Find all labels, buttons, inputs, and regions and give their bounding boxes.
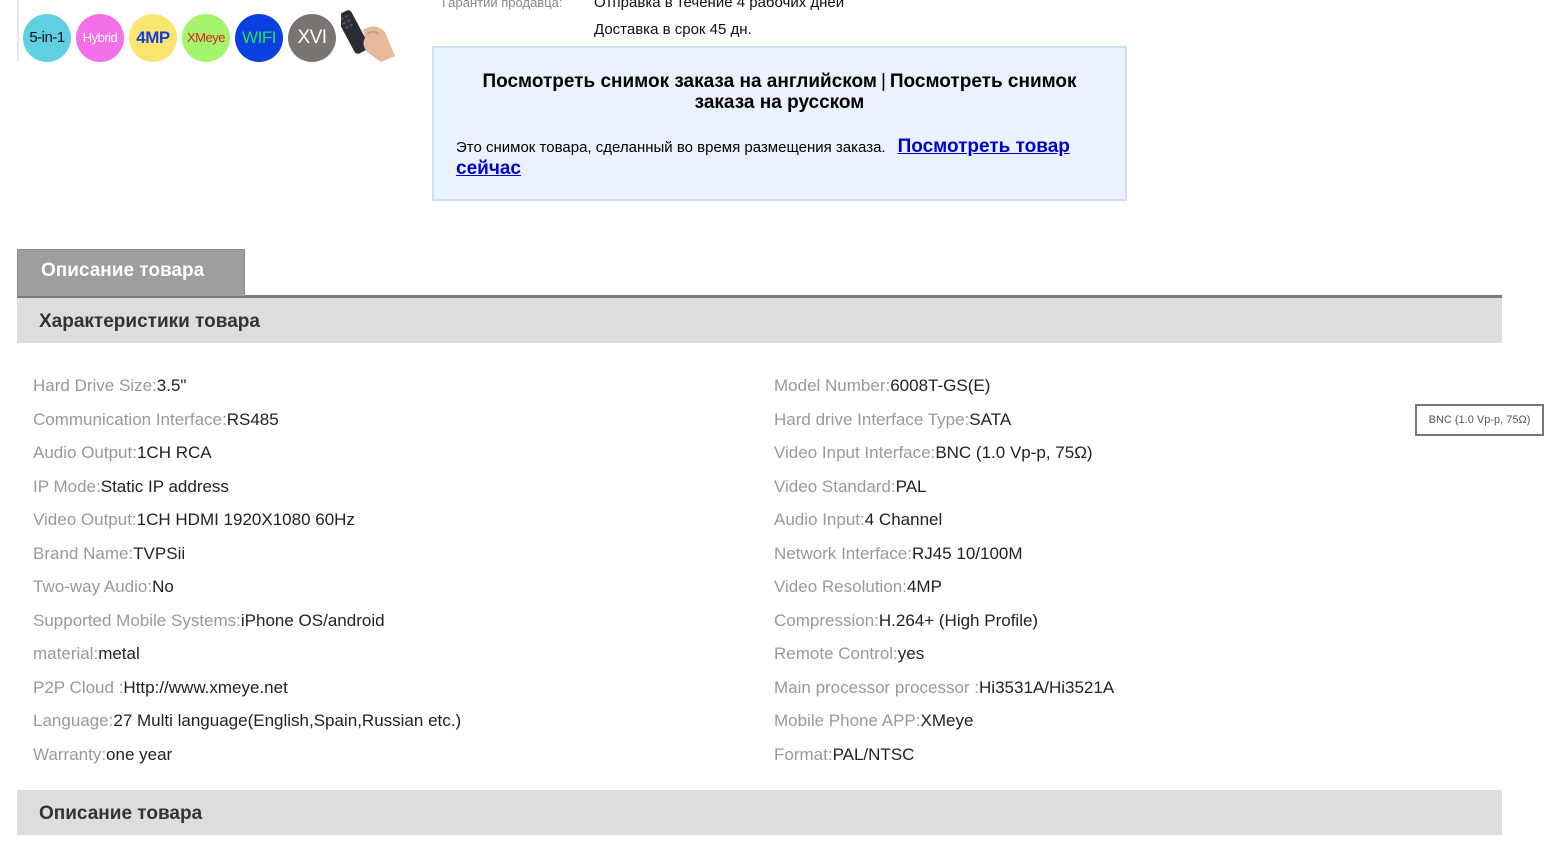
badge-xvi: XVI (288, 14, 336, 62)
spec-row: IP Mode:Static IP address (33, 475, 461, 509)
spec-label: Video Standard: (774, 477, 896, 496)
spec-label: Two-way Audio: (33, 577, 152, 596)
spec-value: H.264+ (High Profile) (879, 611, 1038, 630)
spec-value: 1CH HDMI 1920X1080 60Hz (137, 510, 355, 529)
spec-label: Video Resolution: (774, 577, 907, 596)
specs-right-column: Model Number:6008T-GS(E)Hard drive Inter… (774, 374, 1114, 776)
spec-row: Video Standard:PAL (774, 475, 1114, 509)
spec-row: Warranty:one year (33, 743, 461, 777)
snapshot-language-links: Посмотреть снимок заказа на английском|П… (464, 71, 1095, 113)
spec-label: Network Interface: (774, 544, 912, 563)
spec-value: PAL/NTSC (833, 745, 915, 764)
snapshot-note: Это снимок товара, сделанный во время ра… (456, 136, 1085, 180)
spec-label: Language: (33, 711, 113, 730)
spec-row: material:metal (33, 642, 461, 676)
spec-value: 1CH RCA (137, 443, 212, 462)
value-tooltip: BNC (1.0 Vp-p, 75Ω) (1415, 404, 1544, 436)
spec-row: P2P Cloud :Http://www.xmeye.net (33, 676, 461, 710)
spec-label: Communication Interface: (33, 410, 227, 429)
spec-value: TVPSii (133, 544, 185, 563)
specs-left-column: Hard Drive Size:3.5"Communication Interf… (33, 374, 461, 776)
spec-row: Format:PAL/NTSC (774, 743, 1114, 777)
spec-value: iPhone OS/android (241, 611, 385, 630)
spec-label: Hard drive Interface Type: (774, 410, 969, 429)
spec-label: Main processor processor : (774, 678, 979, 697)
spec-label: P2P Cloud : (33, 678, 123, 697)
spec-row: Compression:H.264+ (High Profile) (774, 609, 1114, 643)
spec-value: No (152, 577, 174, 596)
order-snapshot-box: Посмотреть снимок заказа на английском|П… (432, 46, 1127, 201)
spec-label: Warranty: (33, 745, 106, 764)
spec-value: 27 Multi language(English,Spain,Russian … (113, 711, 461, 730)
seller-guarantee-label: Гарантии продавца: (442, 0, 563, 10)
spec-value: 6008T-GS(E) (890, 376, 990, 395)
spec-value: XMeye (920, 711, 973, 730)
spec-label: IP Mode: (33, 477, 101, 496)
spec-row: Communication Interface:RS485 (33, 408, 461, 442)
spec-row: Brand Name:TVPSii (33, 542, 461, 576)
spec-value: SATA (969, 410, 1011, 429)
spec-row: Mobile Phone APP:XMeye (774, 709, 1114, 743)
spec-row: Video Input Interface:BNC (1.0 Vp-p, 75Ω… (774, 441, 1114, 475)
spec-value: 3.5" (157, 376, 187, 395)
spec-label: material: (33, 644, 98, 663)
spec-value: metal (98, 644, 140, 663)
spec-row: Network Interface:RJ45 10/100M (774, 542, 1114, 576)
spec-label: Video Input Interface: (774, 443, 935, 462)
spec-value: yes (898, 644, 924, 663)
spec-row: Main processor processor :Hi3531A/Hi3521… (774, 676, 1114, 710)
spec-label: Compression: (774, 611, 879, 630)
spec-value: Http://www.xmeye.net (123, 678, 287, 697)
shipping-time-text: Отправка в течение 4 рабочих дней (594, 0, 844, 11)
spec-value: 4MP (907, 577, 942, 596)
spec-row: Supported Mobile Systems:iPhone OS/andro… (33, 609, 461, 643)
spec-row: Video Output:1CH HDMI 1920X1080 60Hz (33, 508, 461, 542)
spec-label: Audio Output: (33, 443, 137, 462)
spec-label: Supported Mobile Systems: (33, 611, 241, 630)
spec-label: Mobile Phone APP: (774, 711, 920, 730)
spec-label: Video Output: (33, 510, 137, 529)
spec-value: Static IP address (101, 477, 229, 496)
snapshot-note-text: Это снимок товара, сделанный во время ра… (456, 139, 886, 156)
spec-row: Audio Input:4 Channel (774, 508, 1114, 542)
specs-section-header: Характеристики товара (17, 298, 1502, 343)
product-feature-badges-image: 5-in-1 Hybrid 4MP XMeye WIFI XVI (17, 0, 397, 61)
spec-value: RS485 (227, 410, 279, 429)
link-separator: | (877, 71, 890, 92)
badge-hybrid: Hybrid (76, 14, 124, 62)
spec-label: Model Number: (774, 376, 890, 395)
badge-xmeye: XMeye (182, 14, 230, 62)
spec-row: Model Number:6008T-GS(E) (774, 374, 1114, 408)
spec-row: Video Resolution:4MP (774, 575, 1114, 609)
badge-5-in-1: 5-in-1 (23, 14, 71, 62)
spec-value: BNC (1.0 Vp-p, 75Ω) (935, 443, 1092, 462)
badge-wifi: WIFI (235, 14, 283, 62)
spec-value: 4 Channel (865, 510, 943, 529)
description-tab-bar: Описание товара (17, 249, 1502, 298)
spec-value: one year (106, 745, 172, 764)
remote-control-icon (341, 4, 397, 62)
spec-value: RJ45 10/100M (912, 544, 1023, 563)
spec-row: Two-way Audio:No (33, 575, 461, 609)
spec-label: Remote Control: (774, 644, 898, 663)
spec-row: Language:27 Multi language(English,Spain… (33, 709, 461, 743)
spec-row: Audio Output:1CH RCA (33, 441, 461, 475)
spec-label: Brand Name: (33, 544, 133, 563)
badge-4mp: 4MP (129, 14, 177, 62)
delivery-time-text: Доставка в срок 45 дн. (594, 21, 752, 38)
spec-value: Hi3531A/Hi3521A (979, 678, 1114, 697)
view-snapshot-english-link[interactable]: Посмотреть снимок заказа на английском (482, 71, 877, 92)
spec-row: Hard Drive Size:3.5" (33, 374, 461, 408)
spec-row: Remote Control:yes (774, 642, 1114, 676)
spec-label: Hard Drive Size: (33, 376, 157, 395)
description-section-header: Описание товара (17, 790, 1502, 835)
spec-value: PAL (896, 477, 927, 496)
tab-product-description[interactable]: Описание товара (17, 249, 245, 296)
spec-label: Format: (774, 745, 833, 764)
spec-row: Hard drive Interface Type:SATA (774, 408, 1114, 442)
spec-label: Audio Input: (774, 510, 865, 529)
